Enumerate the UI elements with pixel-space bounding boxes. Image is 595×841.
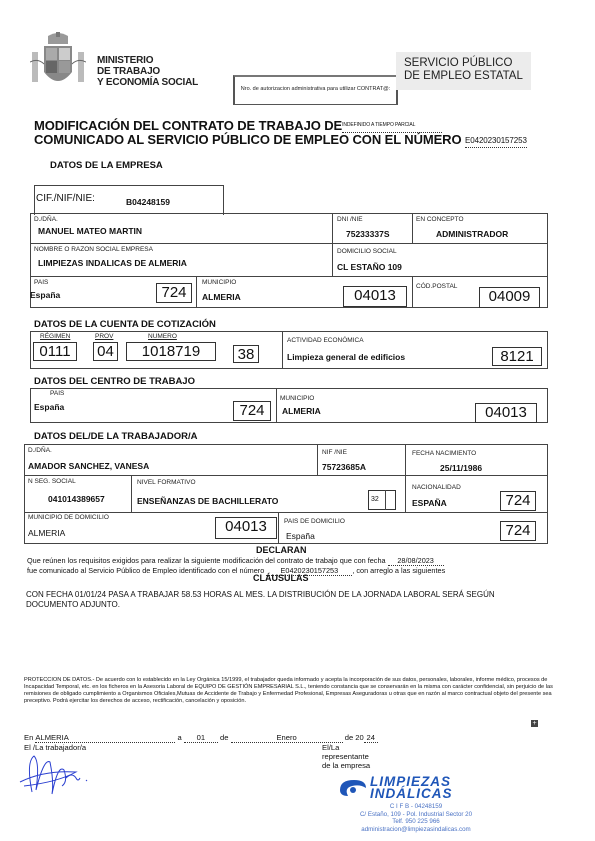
worker-signature-label: El /La trabajador/a [24,743,86,752]
authorization-box: Nro. de autorizacion administrativa para… [233,75,398,105]
worker-home-municipality: ALMERIA [28,528,65,538]
company-logo-icon [336,778,368,800]
control-digits: 38 [233,345,259,363]
worker-nif: 75723685A [322,462,366,472]
company-municipality: ALMERIA [202,292,241,302]
sepe-label: SERVICIO PÚBLICO DE EMPLEO ESTATAL [396,52,531,90]
plus-icon[interactable]: + [531,720,538,727]
company-address: CL ESTAÑO 109 [337,262,402,272]
province-code: 04 [93,342,118,361]
section-heading-cotizacion: DATOS DE LA CUENTA DE COTIZACIÓN [34,319,216,330]
account-number: 1018719 [126,342,216,361]
workplace-country-code: 724 [233,401,271,421]
representative-role: ADMINISTRADOR [436,229,508,239]
coat-of-arms-logo [30,32,86,92]
regimen-code: 0111 [33,342,77,361]
contract-number: E0420230157253 [465,134,527,148]
section-heading-centro: DATOS DEL CENTRO DE TRABAJO [34,376,195,387]
page-title: MODIFICACIÓN DEL CONTRATO DE TRABAJO DEI… [34,119,527,148]
worker-home-country: España [286,531,315,541]
signature-date: En ALMERIA a 01 de Enero de 2024 El /La … [24,733,378,753]
data-protection-notice: PROTECCION DE DATOS.- De acuerdo con lo … [24,677,579,705]
worker-education: ENSEÑANZAS DE BACHILLERATO [137,496,278,506]
workplace-municipality-code: 04013 [475,403,537,423]
worker-signature [14,752,94,802]
company-country-code: 724 [156,283,192,303]
worker-nationality-code: 724 [500,491,536,511]
worker-nationality: ESPAÑA [412,498,447,508]
signature-month: Enero [231,733,343,743]
company-municipality-code: 04013 [343,286,407,307]
representative-dni: 75233337S [346,229,390,239]
worker-education-code: 32 [368,490,396,510]
clause-text: CON FECHA 01/01/24 PASA A TRABAJAR 58.53… [26,590,546,610]
company-signature-label: El/La representante de la empresa [322,743,378,770]
signature-place: ALMERIA [35,733,175,743]
contract-type: INDEFINIDO A TIEMPO PARCIAL [342,119,442,133]
signature-year: 24 [364,733,378,743]
worker-home-country-code: 724 [500,521,536,541]
cif-value: B04248159 [126,197,170,207]
section-heading-trabajador: DATOS DEL/DE LA TRABAJADOR/A [34,431,197,442]
worker-name: AMADOR SANCHEZ, VANESA [28,461,149,471]
workplace-country: España [34,402,64,412]
company-name: LIMPIEZAS INDALICAS DE ALMERIA [38,258,187,268]
communication-date: 28/08/2023 [388,556,444,566]
company-postal-code: 04009 [479,287,540,308]
declaran-heading: DECLARAN [256,545,307,555]
economic-activity-code: 8121 [492,347,542,366]
section-heading-empresa: DATOS DE LA EMPRESA [50,160,163,171]
signature-day: 01 [184,733,218,743]
worker-social-security: 041014389657 [48,494,105,504]
ministry-name: MINISTERIO DE TRABAJO Y ECONOMÍA SOCIAL [97,55,198,88]
company-country: España [30,290,60,300]
clausulas-heading: CLÁUSULAS [253,573,309,583]
worker-birth-date: 25/11/1986 [440,463,482,473]
company-brand: LIMPIEZAS INDÁLICAS [370,776,453,800]
representative-name: MANUEL MATEO MARTIN [38,226,142,236]
worker-home-municipality-code: 04013 [215,517,277,539]
economic-activity: Limpieza general de edificios [287,352,405,362]
company-email: administracion@limpiezasindalicas.com [336,826,496,834]
workplace-municipality: ALMERIA [282,406,321,416]
